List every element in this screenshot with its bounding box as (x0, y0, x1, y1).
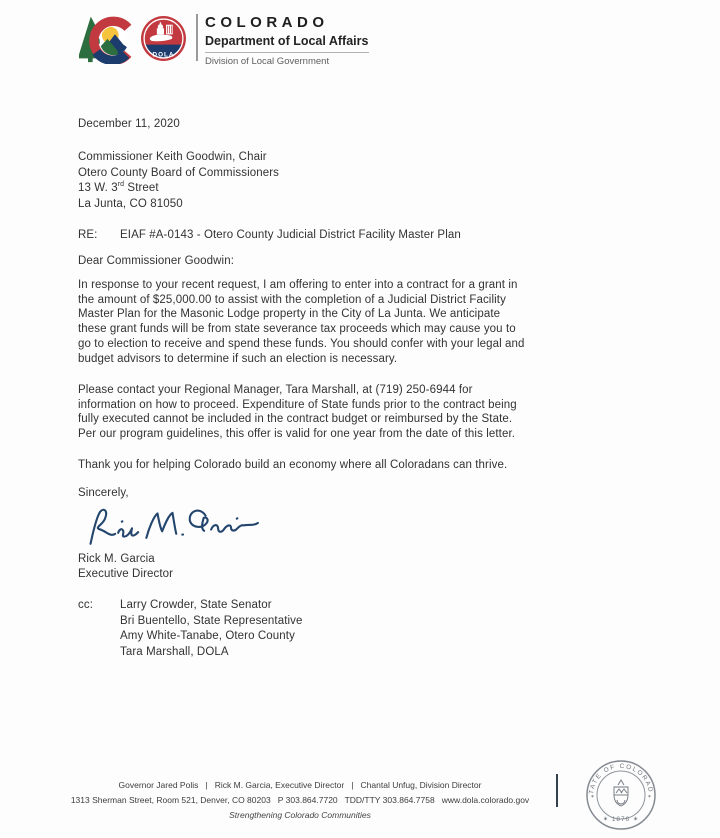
brand-header: DOLA COLORADO Department of Local Affair… (79, 12, 369, 67)
department-name: Department of Local Affairs (205, 34, 369, 48)
salutation: Dear Commissioner Goodwin: (78, 254, 234, 269)
dola-acronym-label: DOLA (152, 51, 174, 58)
body-line: budget advisors to determine if such an … (78, 352, 525, 367)
paragraph-2: Please contact your Regional Manager, Ta… (78, 383, 517, 442)
body-line: the amount of $25,000.00 to assist with … (78, 293, 525, 308)
subject-text: EIAF #A-0143 - Otero County Judicial Dis… (120, 228, 461, 243)
closing: Sincerely, (78, 486, 129, 501)
recipient-line: Otero County Board of Commissioners (78, 166, 279, 182)
header-divider (196, 14, 198, 61)
cc-label: cc: (78, 598, 120, 660)
body-line: these grant funds will be from state sev… (78, 322, 525, 337)
letter-page: DOLA COLORADO Department of Local Affair… (0, 0, 720, 838)
paragraph-1: In response to your recent request, I am… (78, 278, 525, 366)
seal-star-left: ✶ (590, 794, 594, 800)
signer-title: Executive Director (78, 567, 173, 582)
subject-label: RE: (78, 228, 120, 243)
signer-block: Rick M. Garcia Executive Director (78, 552, 173, 581)
dola-logo-icon: DOLA (140, 15, 187, 62)
recipient-line: 13 W. 3rd Street (78, 181, 279, 197)
body-line: fully executed cannot be included in the… (78, 412, 517, 427)
body-line: go to election to receive and spend thes… (78, 337, 525, 352)
cc-item: Larry Crowder, State Senator (120, 598, 303, 614)
brand-name: COLORADO (205, 14, 369, 31)
cc-block: cc: Larry Crowder, State Senator Bri Bue… (78, 598, 303, 660)
division-name: Division of Local Government (205, 56, 369, 67)
seal-year: ✶ 1876 ✶ (603, 816, 639, 823)
cc-item: Amy White-Tanabe, Otero County (120, 629, 303, 645)
recipient-line: Commissioner Keith Goodwin, Chair (78, 150, 279, 166)
subject-line: RE: EIAF #A-0143 - Otero County Judicial… (78, 228, 461, 243)
footer-officials: Governor Jared Polis | Rick M. Garcia, E… (36, 778, 564, 793)
body-line: Please contact your Regional Manager, Ta… (78, 383, 517, 398)
footer-tagline: Strengthening Colorado Communities (36, 808, 564, 823)
cc-item: Tara Marshall, DOLA (120, 645, 303, 661)
colorado-state-logo-icon (79, 12, 136, 64)
body-line: In response to your recent request, I am… (78, 278, 525, 293)
paragraph-3: Thank you for helping Colorado build an … (78, 458, 507, 473)
state-seal-icon: STATE OF COLORADO ✶ ✶ ✶ 1876 ✶ (583, 757, 659, 833)
cc-item: Bri Buentello, State Representative (120, 614, 303, 630)
signer-name: Rick M. Garcia (78, 552, 173, 567)
cc-list: Larry Crowder, State Senator Bri Buentel… (120, 598, 303, 660)
footer-divider-bar (556, 774, 558, 807)
recipient-address: Commissioner Keith Goodwin, Chair Otero … (78, 150, 279, 212)
recipient-line: La Junta, CO 81050 (78, 197, 279, 213)
seal-star-right: ✶ (647, 794, 651, 800)
footer-address: 1313 Sherman Street, Room 521, Denver, C… (36, 793, 564, 808)
signature-image (80, 501, 262, 553)
body-line: Master Plan for the Masonic Lodge proper… (78, 307, 525, 322)
header-rule (205, 52, 369, 53)
letter-date: December 11, 2020 (78, 118, 180, 130)
body-line: Per our program guidelines, this offer i… (78, 427, 517, 442)
body-line: information on how to proceed. Expenditu… (78, 398, 517, 413)
footer: Governor Jared Polis | Rick M. Garcia, E… (36, 778, 564, 823)
